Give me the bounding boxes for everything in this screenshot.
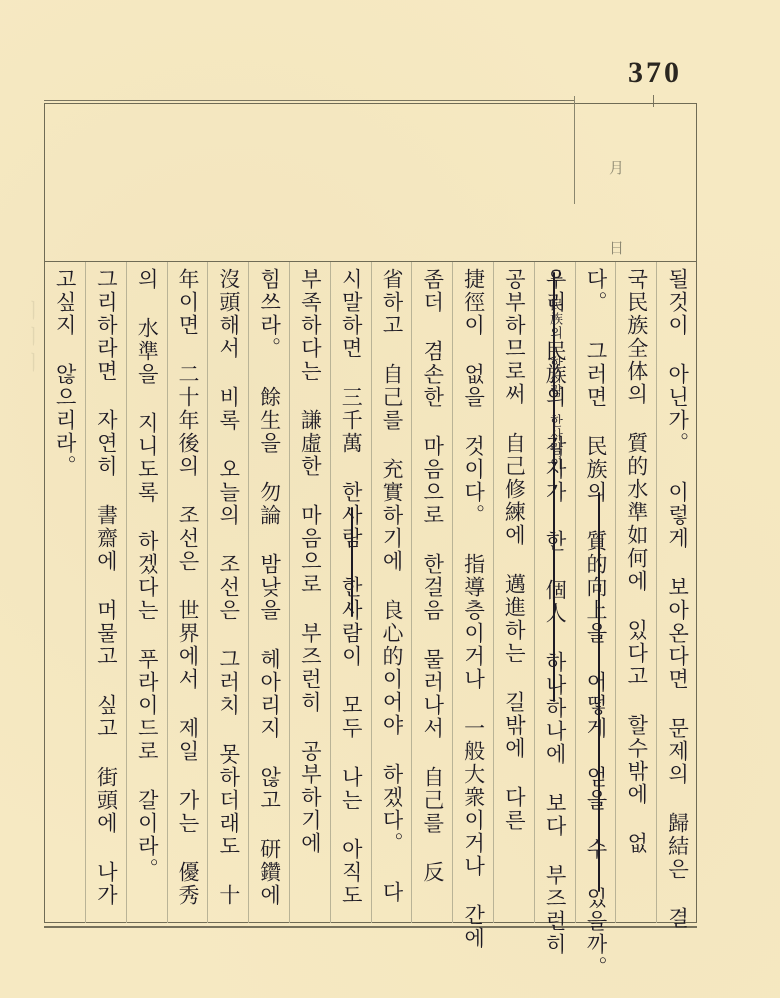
page-number: 370 [628,56,682,90]
manuscript-column: 부족하다는 謙虛한 마음으로 부즈런히 공부하기에 [289,262,330,923]
manuscript-column: 국民族全体의 質的水準如何에 있다고 할수밖에 없 [615,262,656,923]
bleed-through-mark: ㅣㅣㅣ [18,300,47,378]
column-text: 省하고 自己를 充實하기에 良心的이어야 하겠다。 다 [381,262,402,923]
strikethrough-mark [351,507,353,617]
manuscript-column: 좀더 겸손한 마음으로 한걸음 물러나서 自己를 反 [411,262,452,923]
manuscript-column: 힘쓰라。 餘生을 勿論 밤낮을 헤아리지 않고 研鑽에 [248,262,289,923]
strikethrough-mark [598,492,600,892]
manuscript-column: 省하고 自己를 充實하기에 良心的이어야 하겠다。 다 [371,262,412,923]
column-text: 좀더 겸손한 마음으로 한걸음 물러나서 自己를 反 [422,262,443,923]
manuscript-column: 沒頭해서 비록 오늘의 조선은 그러치 못하더래도 十 [207,262,248,923]
column-text: 부족하다는 謙虛한 마음으로 부즈런히 공부하기에 [299,262,320,923]
interlinear-insertion: 그 民族의 한사람 한사람이 [545,268,564,470]
column-text: 국民族全体의 質的水準如何에 있다고 할수밖에 없 [626,262,647,923]
column-text: 공부하므로써 自己修練에 邁進하는 길밖에 다른 [503,262,524,923]
frame-top-rule [44,100,574,101]
manuscript-column: 의 水準을 지니도록 하겠다는 푸라이드로 갈이라。 [126,262,167,923]
column-text: 다。 그러면 民族의 質的向上을 어떻게 얻을 수 있을까。 자 [585,262,606,923]
column-text: 捷徑이 없을 것이다。 指導층이거나 一般大衆이거나 간에 [463,262,484,923]
column-text: 年이면 二十年後의 조선은 世界에서 제일 가는 優秀 [177,262,198,923]
manuscript-column: 다。 그러면 民族의 質的向上을 어떻게 얻을 수 있을까。 자 [575,262,616,923]
manuscript-column: 고싶지 않으리라。 [44,262,85,923]
date-box [574,103,697,262]
manuscript-column: 될것이 아닌가。 이렇게 보아온다면 문제의 歸結은 결 [656,262,697,923]
manuscript-body: 될것이 아닌가。 이렇게 보아온다면 문제의 歸結은 결 국民族全体의 質的水準… [44,262,697,923]
column-text: 고싶지 않으리라。 [54,262,75,923]
day-label: 日 [609,237,624,258]
column-text: 그리하라면 자연히 書齋에 머물고 싶고 街頭에 나가 [95,262,116,923]
column-text: 沒頭해서 비록 오늘의 조선은 그러치 못하더래도 十 [218,262,239,923]
column-text: 될것이 아닌가。 이렇게 보아온다면 문제의 歸結은 결 [667,262,688,923]
month-label: 月 [609,157,624,178]
manuscript-column: 그리하라면 자연히 書齋에 머물고 싶고 街頭에 나가 [85,262,126,923]
manuscript-column: 시말하면 三千萬 한사람 한사람이 모두 나는 아직도 [330,262,371,923]
manuscript-column: 공부하므로써 自己修練에 邁進하는 길밖에 다른 [493,262,534,923]
manuscript-column: 年이면 二十年後의 조선은 世界에서 제일 가는 優秀 [167,262,208,923]
column-text: 의 水準을 지니도록 하겠다는 푸라이드로 갈이라。 [136,262,157,923]
column-text: 힘쓰라。 餘生을 勿論 밤낮을 헤아리지 않고 研鑽에 [259,262,280,923]
manuscript-column: 捷徑이 없을 것이다。 指導층이거나 一般大衆이거나 간에 [452,262,493,923]
